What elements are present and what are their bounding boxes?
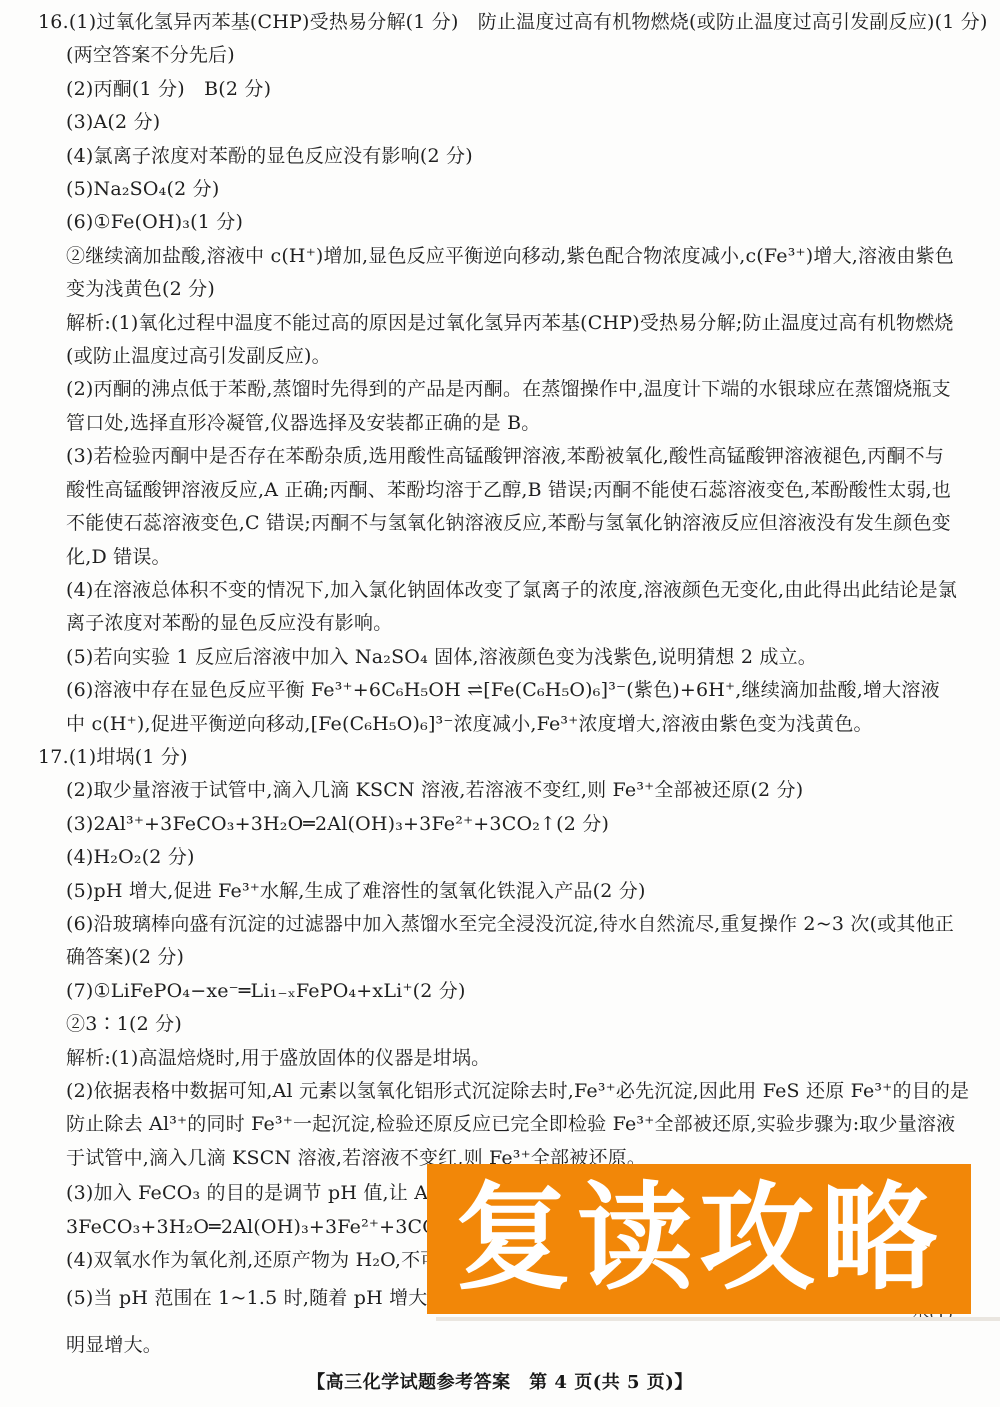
- analysis-line: (2)依据表格中数据可知,Al 元素以氢氧化铝形式沉淀除去时,Fe³⁺必先沉淀,…: [66, 1075, 982, 1108]
- analysis-line: 防止除去 Al³⁺的同时 Fe³⁺一起沉淀,检验还原反应已完全即检验 Fe³⁺全…: [66, 1108, 982, 1141]
- answers-text-block: 16.(1)过氧化氢异丙苯基(CHP)受热易分解(1 分) 防止温度过高有机物燃…: [0, 0, 1000, 1362]
- answer-line-17-5: (5)pH 增大,促进 Fe³⁺水解,生成了难溶性的氢氧化铁混入产品(2 分): [66, 875, 982, 908]
- scan-shadow-artifact: [436, 1317, 1000, 1321]
- answer-line: 变为浅黄色(2 分): [66, 273, 982, 306]
- answer-line-17-4: (4)H₂O₂(2 分): [66, 841, 982, 874]
- answer-line-17-6: (6)沿玻璃棒向盛有沉淀的过滤器中加入蒸馏水至完全浸没沉淀,待水自然流尽,重复操…: [66, 908, 982, 941]
- answer-line-16-2: (2)丙酮(1 分) B(2 分): [66, 73, 982, 106]
- answer-line-17-7: (7)①LiFePO₄−xe⁻═Li₁₋ₓFePO₄+xLi⁺(2 分): [66, 975, 982, 1008]
- analysis-line: 管口处,选择直形冷凝管,仪器选择及安装都正确的是 B。: [66, 407, 982, 440]
- analysis-line: 中 c(H⁺),促进平衡逆向移动,[Fe(C₆H₅O)₆]³⁻浓度减小,Fe³⁺…: [66, 708, 982, 741]
- answer-line: (两空答案不分先后): [66, 39, 982, 72]
- analysis-line: (4)在溶液总体积不变的情况下,加入氯化钠固体改变了氯离子的浓度,溶液颜色无变化…: [66, 574, 982, 607]
- analysis-line: (6)溶液中存在显色反应平衡 Fe³⁺+6C₆H₅OH ⇌[Fe(C₆H₅O)₆…: [66, 674, 982, 707]
- answer-line-16-5: (5)Na₂SO₄(2 分): [66, 173, 982, 206]
- answer-line-16-4: (4)氯离子浓度对苯酚的显色反应没有影响(2 分): [66, 140, 982, 173]
- analysis-line: (2)丙酮的沸点低于苯酚,蒸馏时先得到的产品是丙酮。在蒸馏操作中,温度计下端的水…: [66, 373, 982, 406]
- answer-line-16-3: (3)A(2 分): [66, 106, 982, 139]
- answer-line-16-1: 16.(1)过氧化氢异丙苯基(CHP)受热易分解(1 分) 防止温度过高有机物燃…: [66, 6, 982, 39]
- watermark-text: 复读攻略: [455, 1181, 943, 1297]
- analysis-line: 离子浓度对苯酚的显色反应没有影响。: [66, 607, 982, 640]
- analysis-line: 酸性高锰酸钾溶液反应,A 正确;丙酮、苯酚均溶于乙醇,B 错误;丙酮不能使石蕊溶…: [66, 474, 982, 507]
- exam-answer-page: { "document": { "lines": [ "16.(1)过氧化氢异丙…: [0, 0, 1000, 1407]
- answer-line-17-2: (2)取少量溶液于试管中,滴入几滴 KSCN 溶液,若溶液不变红,则 Fe³⁺全…: [66, 774, 982, 807]
- analysis-line: (3)若检验丙酮中是否存在苯酚杂质,选用酸性高锰酸钾溶液,苯酚被氧化,酸性高锰酸…: [66, 440, 982, 473]
- analysis-line: 化,D 错误。: [66, 541, 982, 574]
- answer-line-17-1: 17.(1)坩埚(1 分): [66, 741, 982, 774]
- page-footer: 【高三化学试题参考答案 第 4 页(共 5 页)】: [0, 1368, 1000, 1394]
- analysis-line-16: 解析:(1)氧化过程中温度不能过高的原因是过氧化氢异丙苯基(CHP)受热易分解;…: [66, 307, 982, 340]
- analysis-line: (或防止温度过高引发副反应)。: [66, 340, 982, 373]
- answer-line: 确答案)(2 分): [66, 941, 982, 974]
- answer-line: ②继续滴加盐酸,溶液中 c(H⁺)增加,显色反应平衡逆向移动,紫色配合物浓度减小…: [66, 240, 982, 273]
- answer-line-16-6: (6)①Fe(OH)₃(1 分): [66, 206, 982, 239]
- answer-line: ②3∶1(2 分): [66, 1008, 982, 1041]
- analysis-line: 不能使石蕊溶液变色,C 错误;丙酮不与氢氧化钠溶液反应,苯酚与氢氧化钠溶液反应但…: [66, 507, 982, 540]
- answer-line-17-3: (3)2Al³⁺+3FeCO₃+3H₂O═2Al(OH)₃+3Fe²⁺+3CO₂…: [66, 808, 982, 841]
- analysis-line-17: 解析:(1)高温焙烧时,用于盛放固体的仪器是坩埚。: [66, 1042, 982, 1075]
- watermark-banner: 复读攻略: [427, 1164, 971, 1314]
- analysis-line: 明显增大。: [66, 1329, 982, 1362]
- analysis-line: (5)若向实验 1 反应后溶液中加入 Na₂SO₄ 固体,溶液颜色变为浅紫色,说…: [66, 641, 982, 674]
